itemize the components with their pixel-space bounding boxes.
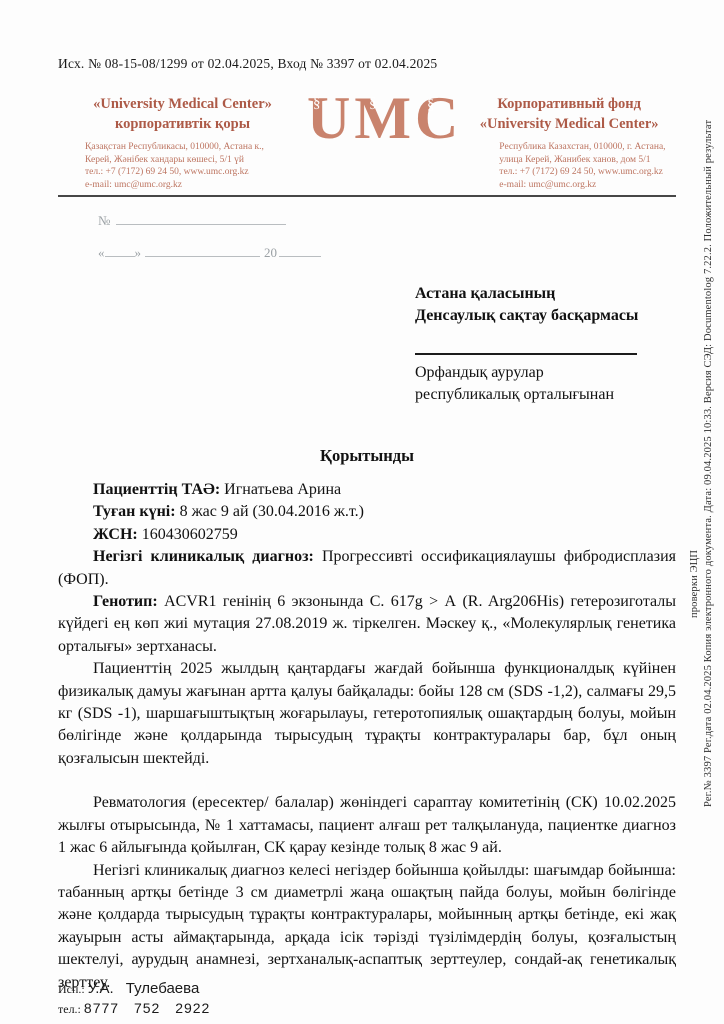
document-number-block: № «»20: [98, 213, 676, 269]
number-symbol: №: [98, 213, 110, 228]
addressee-name: Денсаулық сақтау басқармасы: [415, 305, 676, 327]
field-label: Туған күні:: [93, 503, 176, 520]
addressee-block: Астана қаласының Денсаулық сақтау басқар…: [415, 283, 676, 406]
field-value: Негізгі клиникалық диагноз келесі негізд…: [58, 862, 676, 991]
org-title-russian: Корпоративный фонд «University Medical C…: [462, 94, 676, 134]
document-page: Исх. № 08-15-08/1299 от 02.04.2025, Вход…: [0, 0, 724, 1024]
org-block-kazakh: «University Medical Center» корпоративті…: [58, 94, 307, 191]
umc-logo: UMC § § §: [307, 88, 462, 148]
document-title: Қорытынды: [58, 446, 676, 466]
field-value: Пациенттің 2025 жылдың қаңтардағы жағдай…: [58, 660, 676, 767]
document-date-field: «»20: [98, 245, 676, 269]
logo-ornament-icon: §: [313, 96, 325, 111]
document-number-field: №: [98, 213, 676, 237]
org-title-line: Корпоративный фонд: [462, 94, 676, 114]
addressee-name: Астана қаласының: [415, 283, 676, 305]
field-label: ЖСН:: [93, 526, 138, 543]
org-title-line: корпоративтік қоры: [58, 114, 307, 134]
logo-ornament-icon: §: [369, 96, 381, 111]
executor-name: У.А. Тулебаева: [88, 980, 200, 997]
executor-line: Исп.: У.А. Тулебаева: [58, 979, 210, 999]
paragraph-genotype: Генотип: ACVR1 генінің 6 экзонында С. 61…: [58, 591, 676, 658]
phone-label: тел.:: [58, 1002, 81, 1016]
blank-underline: [145, 245, 260, 257]
executor-label: Исп.:: [58, 982, 85, 996]
quote-close: »: [135, 245, 142, 260]
sender-name: Орфандық аурулар: [415, 362, 676, 384]
logo-container: UMC § § §: [307, 94, 462, 148]
org-letterhead: «University Medical Center» корпоративті…: [58, 94, 676, 191]
phone-number: 8777 752 2922: [84, 1000, 210, 1016]
field-label: Пациенттің ТАӘ:: [93, 481, 220, 498]
document-body: Пациенттің ТАӘ: Игнатьева Арина Туған кү…: [58, 479, 676, 994]
blank-underline: [116, 213, 286, 225]
address-line: тел.: +7 (7172) 69 24 50, www.umc.org.kz: [499, 166, 676, 179]
paragraph-iin: ЖСН: 160430602759: [58, 524, 676, 546]
year-prefix: 20: [264, 245, 277, 260]
paragraph-justification: Негізгі клиникалық диагноз келесі негізд…: [58, 860, 676, 994]
paragraph-diagnosis: Негізгі клиникалық диагноз: Прогрессивті…: [58, 546, 676, 591]
address-line: Қазақстан Республикасы, 010000, Астана к…: [85, 141, 307, 154]
org-title-line: «University Medical Center»: [58, 94, 307, 114]
org-block-russian: Корпоративный фонд «University Medical C…: [462, 94, 676, 191]
org-title-kazakh: «University Medical Center» корпоративті…: [58, 94, 307, 134]
org-address-russian: Республика Казахстан, 010000, г. Астана,…: [462, 141, 676, 191]
address-line: улица Керей, Жанибек ханов, дом 5/1: [499, 154, 676, 167]
digital-signature-stamp-line2: проверки ЭЦП: [689, 550, 700, 618]
phone-line: тел.: 8777 752 2922: [58, 999, 210, 1019]
addressee-divider: [415, 353, 637, 355]
paragraph-patient-name: Пациенттің ТАӘ: Игнатьева Арина: [58, 479, 676, 501]
digital-signature-stamp-line1: Рег.№ 3397 Рег.дата 02.04.2025 Копия эле…: [703, 120, 714, 807]
ref-number-line: Исх. № 08-15-08/1299 от 02.04.2025, Вход…: [58, 56, 676, 72]
header-divider: [58, 195, 676, 197]
field-label: Генотип:: [93, 593, 158, 610]
executor-block: Исп.: У.А. Тулебаева тел.: 8777 752 2922: [58, 979, 210, 1019]
field-value: Игнатьева Арина: [220, 481, 341, 498]
org-title-line: «University Medical Center»: [462, 114, 676, 134]
sender-name: республикалық орталығынан: [415, 384, 676, 406]
field-label: Негізгі клиникалық диагноз:: [93, 548, 314, 565]
address-line: тел.: +7 (7172) 69 24 50, www.umc.org.kz: [85, 166, 307, 179]
logo-ornament-icon: §: [427, 98, 439, 113]
address-line: Республика Казахстан, 010000, г. Астана,: [499, 141, 676, 154]
umc-logo-text: UMC: [307, 85, 462, 151]
address-line: Керей, Жәнібек хандары көшесі, 5/1 үй: [85, 154, 307, 167]
field-value: Ревматология (ересектер/ балалар) жөнінд…: [58, 794, 676, 856]
field-value: 160430602759: [138, 526, 238, 543]
field-value: 8 жас 9 ай (30.04.2016 ж.т.): [176, 503, 364, 520]
blank-underline: [279, 245, 321, 257]
address-line: e-mail: umc@umc.org.kz: [85, 179, 307, 192]
paragraph-committee: Ревматология (ересектер/ балалар) жөнінд…: [58, 792, 676, 859]
blank-underline: [105, 245, 135, 257]
paragraph-birth-date: Туған күні: 8 жас 9 ай (30.04.2016 ж.т.): [58, 501, 676, 523]
paragraph-condition: Пациенттің 2025 жылдың қаңтардағы жағдай…: [58, 658, 676, 770]
org-address-kazakh: Қазақстан Республикасы, 010000, Астана к…: [58, 141, 307, 191]
address-line: e-mail: umc@umc.org.kz: [499, 179, 676, 192]
